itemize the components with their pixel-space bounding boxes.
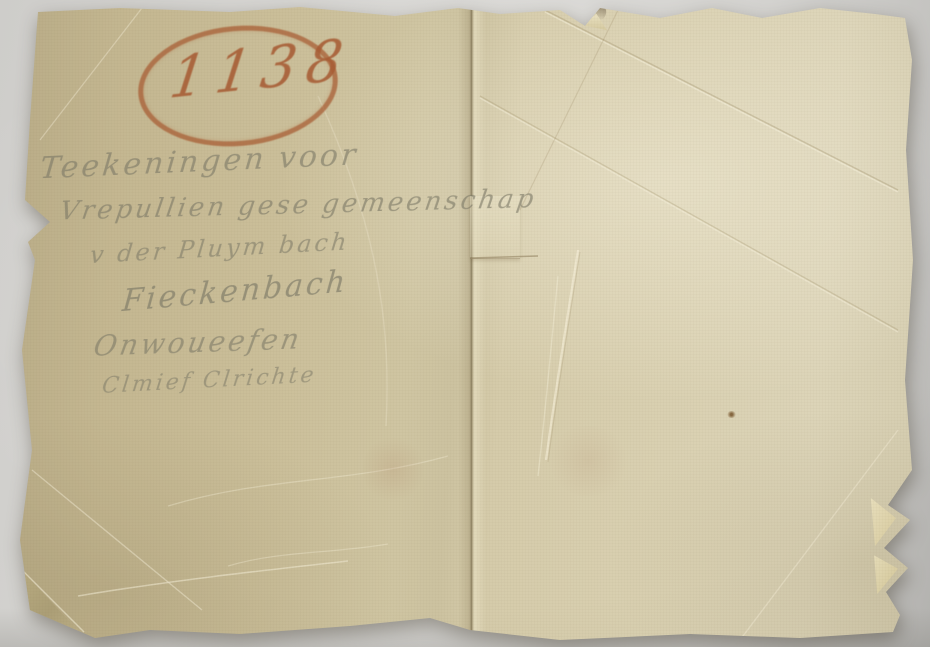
inscription-line-3: v der Pluym bach bbox=[89, 227, 351, 269]
inscription-line-6: Clmief Clrichte bbox=[101, 362, 319, 398]
inscription-line-5: Onwoueefen bbox=[91, 322, 305, 362]
dog-ear-fold bbox=[18, 562, 88, 638]
inscription-line-4: Fieckenbach bbox=[121, 264, 350, 319]
paper-sheet: 1138 Teekeningen voor Vrepullien gese ge… bbox=[18, 6, 916, 640]
torn-flap-right-upper bbox=[868, 498, 896, 546]
inventory-number: 1138 bbox=[166, 36, 313, 108]
torn-flap-right-lower bbox=[872, 552, 898, 594]
inscription-line-1: Teekeningen voor bbox=[38, 137, 360, 186]
folder-wrapper-paper: 1138 Teekeningen voor Vrepullien gese ge… bbox=[18, 6, 916, 640]
stain-spot bbox=[727, 411, 736, 418]
center-fold bbox=[458, 6, 486, 640]
torn-flap-top bbox=[581, 14, 607, 32]
stain-smudge-left bbox=[363, 434, 423, 504]
stain-smudge-center bbox=[546, 426, 631, 496]
stain-top-edge bbox=[594, 5, 607, 21]
